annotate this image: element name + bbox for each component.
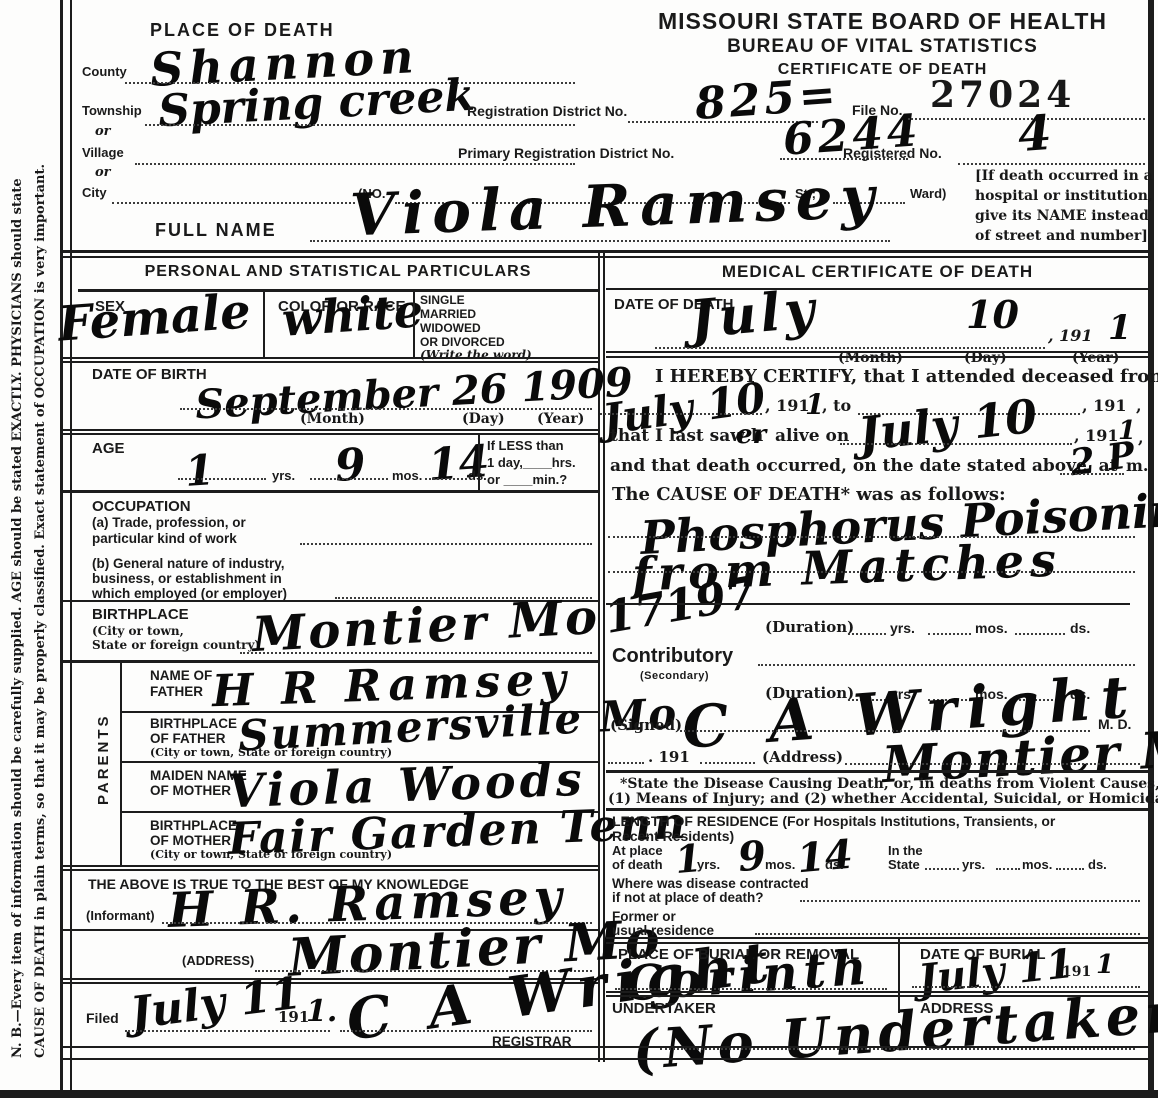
contracted-label2: if not at place of death?: [612, 890, 764, 905]
village-label: Village: [82, 145, 124, 160]
date-of-death-line: [655, 347, 1045, 349]
death-certificate-scan: N. B.—Every item of information should b…: [0, 0, 1158, 1098]
file-no-value: 27024: [930, 74, 1075, 116]
cause-rule-3: [606, 603, 1130, 605]
in-state-label2: State: [888, 857, 920, 872]
at-place-label1: At place: [612, 843, 663, 858]
last-saw-comma: ,: [1138, 428, 1144, 447]
sig-date-line: [608, 762, 644, 764]
hospital-note-line3: give its NAME instead: [975, 208, 1149, 224]
full-name-label: FULL NAME: [155, 220, 277, 241]
undertaker-line: [660, 1048, 1135, 1050]
footnote-top-rule: [606, 770, 1148, 773]
personal-section-title: PERSONAL AND STATISTICAL PARTICULARS: [78, 263, 598, 281]
dob-month-label: (Month): [300, 411, 365, 427]
age-label: AGE: [92, 440, 125, 457]
informant-label: (Informant): [86, 908, 155, 923]
age-mos-value: 9: [333, 439, 367, 492]
sig-address-label: (Address): [762, 748, 843, 766]
duration1-ds-line: [1015, 633, 1065, 635]
age-row-rule: [60, 490, 598, 493]
mother-birthplace-label1: BIRTHPLACE: [150, 818, 237, 833]
attended-year-printed: , 191: [765, 396, 810, 415]
sex-color-divider: [263, 290, 265, 358]
county-label: County: [82, 64, 127, 79]
death-time-line: [1060, 473, 1124, 475]
birthplace-sub2: State or foreign country): [92, 638, 260, 652]
cause-line2-rule: [608, 571, 1135, 573]
primary-district-label: Primary Registration District No.: [458, 145, 674, 161]
color-value: white: [280, 283, 424, 347]
in-state-label1: In the: [888, 843, 923, 858]
informant-address-label: (ADDRESS): [182, 953, 254, 968]
bureau-title: BUREAU OF VITAL STATISTICS: [625, 36, 1140, 58]
state-mos-label: mos.: [1022, 857, 1052, 872]
sig-year-printed: . 191: [648, 748, 690, 766]
file-no-label: File No.: [852, 102, 903, 118]
secondary-label: (Secondary): [640, 670, 709, 682]
marital-write-word: (Write the word): [420, 348, 532, 362]
color-marital-divider: [413, 290, 415, 358]
dob-label: DATE OF BIRTH: [92, 366, 207, 383]
border-right: [1148, 0, 1154, 1090]
footnote-line1: *State the Disease Causing Death, or, in…: [620, 776, 1158, 792]
margin-note-line2: CAUSE OF DEATH in plain terms, so that i…: [33, 0, 48, 1058]
cause-code-value: 17197: [601, 567, 761, 644]
occupation-label: OCCUPATION: [92, 498, 191, 515]
former-label2: usual residence: [612, 923, 714, 938]
margin-note-line1: N. B.—Every item of information should b…: [10, 0, 25, 1058]
death-time-m-label: m.: [1126, 456, 1149, 475]
dob-line: [180, 408, 592, 410]
city-line: [112, 202, 355, 204]
date-of-death-day: 10: [966, 292, 1019, 337]
duration1-mos-label: mos.: [975, 620, 1008, 636]
to-year-printed: , 191: [1082, 396, 1127, 415]
burial-year-printed: 191: [1062, 964, 1091, 980]
dob-day-label: (Day): [462, 411, 505, 427]
or-label-1: or: [95, 124, 111, 139]
duration1-mos-line: [928, 633, 971, 635]
border-bottom-bar: [0, 1090, 1158, 1098]
to-comma: ,: [1136, 396, 1142, 415]
full-name-line: [310, 240, 890, 242]
dod-row-rule-a: [606, 351, 1148, 353]
filed-line: [125, 1030, 330, 1032]
sig-year-line: [700, 762, 755, 764]
father-name-label1: NAME OF: [150, 668, 212, 683]
occupation-a-line1: (a) Trade, profession, or: [92, 515, 246, 530]
father-name-label2: FATHER: [150, 684, 203, 699]
last-saw-mid: alive on: [775, 426, 849, 446]
age-less-line1: If LESS than: [487, 438, 564, 453]
age-yrs-value: 1: [183, 445, 216, 496]
parents-bottom-rule-a: [60, 865, 598, 867]
sex-row-rule-a: [60, 357, 598, 359]
full-name-value: Viola Ramsey: [349, 163, 883, 250]
bottom-rule-a: [60, 1046, 1152, 1048]
contracted-line: [800, 900, 1140, 902]
state-ds-line: [1056, 868, 1084, 870]
dob-row-rule-b: [60, 433, 598, 435]
registered-no-label: Registered No.: [843, 145, 942, 161]
marital-married: MARRIED: [420, 307, 476, 321]
signed-label: (Signed): [610, 716, 682, 734]
occupation-a-line2: particular kind of work: [92, 531, 237, 546]
former-line: [755, 933, 1140, 935]
mother-name-label2: OF MOTHER: [150, 783, 231, 798]
last-saw-er: er: [736, 420, 766, 450]
contracted-label1: Where was disease contracted: [612, 876, 809, 891]
registration-district-label: Registration District No.: [467, 103, 627, 119]
township-label: Township: [82, 103, 142, 118]
state-yrs-label: yrs.: [962, 857, 985, 872]
occupation-a-line: [300, 543, 592, 545]
sex-value: Female: [56, 283, 252, 352]
father-birthplace-label2: OF FATHER: [150, 731, 226, 746]
res-yrs-label: yrs.: [697, 857, 720, 872]
burial-place-line: [615, 988, 887, 990]
medical-section-title: MEDICAL CERTIFICATE OF DEATH: [620, 262, 1135, 282]
age-yrs-line: [178, 478, 266, 480]
state-yrs-line: [925, 868, 959, 870]
marital-divorced: OR DIVORCED: [420, 335, 505, 349]
birthplace-line: [240, 652, 592, 654]
village-line: [135, 163, 575, 165]
occupation-b-line2: business, or establishment in: [92, 571, 282, 586]
border-left-outer: [60, 0, 63, 1090]
last-saw-date: July 10: [856, 389, 1040, 461]
attended-from-line: [600, 413, 762, 415]
duration1-ds-label: ds.: [1070, 620, 1090, 636]
age-less-line3: or ____min.?: [487, 472, 567, 487]
filed-label: Filed: [86, 1010, 119, 1026]
duration1-yrs-label: yrs.: [890, 620, 915, 636]
rule-fullname-b: [60, 256, 1152, 258]
age-less-line2: 1 day,____hrs.: [487, 455, 576, 470]
dob-year-label: (Year): [537, 411, 584, 427]
duration1-label: (Duration): [765, 618, 854, 636]
filed-year-printed: 191: [278, 1008, 309, 1026]
attended-to-label: , to: [822, 396, 851, 415]
date-of-death-month: July: [688, 279, 821, 351]
contributory-label: Contributory: [612, 645, 733, 668]
former-label1: Former or: [612, 909, 676, 924]
state-ds-label: ds.: [1088, 857, 1107, 872]
last-saw-line: [840, 443, 1072, 445]
registrar-line: [340, 1030, 592, 1032]
burial-year-digit: 1: [1096, 950, 1114, 980]
dod-row-rule-b: [606, 356, 1148, 358]
birthplace-label: BIRTHPLACE: [92, 606, 189, 623]
mother-birthplace-label2: OF MOTHER: [150, 833, 231, 848]
or-label-2: or: [95, 165, 111, 180]
ward-label: Ward): [910, 186, 946, 201]
hospital-note-line2: hospital or institution,: [975, 188, 1153, 204]
age-yrs-label: yrs.: [272, 468, 295, 483]
state-mos-line: [996, 868, 1020, 870]
age-mos-line: [310, 478, 388, 480]
duration1-yrs-line: [848, 633, 886, 635]
birthplace-sub1: (City or town,: [92, 624, 184, 638]
res-ds-label: ds.: [825, 857, 844, 872]
city-label: City: [82, 185, 107, 200]
township-line: [145, 124, 575, 126]
res-mos-label: mos.: [765, 857, 795, 872]
dob-row-rule-a: [60, 429, 598, 431]
sex-row-rule-b: [60, 361, 598, 363]
father-birthplace-label1: BIRTHPLACE: [150, 716, 237, 731]
registered-no-value: 4: [1016, 105, 1053, 163]
occupation-b-line1: (b) General nature of industry,: [92, 556, 285, 571]
parents-divider: [120, 663, 122, 867]
res-mos-value: 9: [736, 832, 768, 881]
filed-year-digit: 1.: [306, 994, 337, 1029]
bottom-rule-b: [60, 1058, 1152, 1060]
hospital-note-line4: of street and number]: [975, 228, 1148, 244]
sig-address-line: [845, 763, 1140, 765]
marital-single: SINGLE: [420, 293, 465, 307]
age-less-divider: [478, 433, 480, 490]
age-mos-label: mos.: [392, 468, 422, 483]
registered-no-line: [958, 163, 1145, 165]
age-ds-line: [425, 478, 467, 480]
residence-title-line1: LENGTH OF RESIDENCE (For Hospitals Insti…: [612, 813, 1055, 829]
footnote-bottom-rule: [606, 808, 1148, 811]
date-of-death-year-digit: 1: [1108, 308, 1132, 348]
parents-label: PARENTS: [95, 713, 112, 805]
marital-widowed: WIDOWED: [420, 321, 481, 335]
board-title: MISSOURI STATE BOARD OF HEALTH: [625, 8, 1140, 35]
burial-top-rule-a: [606, 937, 1148, 939]
footnote-line2: (1) Means of Injury; and (2) whether Acc…: [608, 791, 1158, 807]
dod-year-printed: , 191: [1048, 326, 1093, 345]
rule-fullname-a: [60, 250, 1152, 253]
occupation-b-line3: which employed (or employer): [92, 586, 287, 601]
death-occurred-statement: and that death occurred, on the date sta…: [610, 456, 1118, 476]
border-left-inner: [70, 0, 72, 1090]
at-place-label2: of death: [612, 857, 663, 872]
hospital-note-line1: [If death occurred in a: [975, 168, 1153, 184]
